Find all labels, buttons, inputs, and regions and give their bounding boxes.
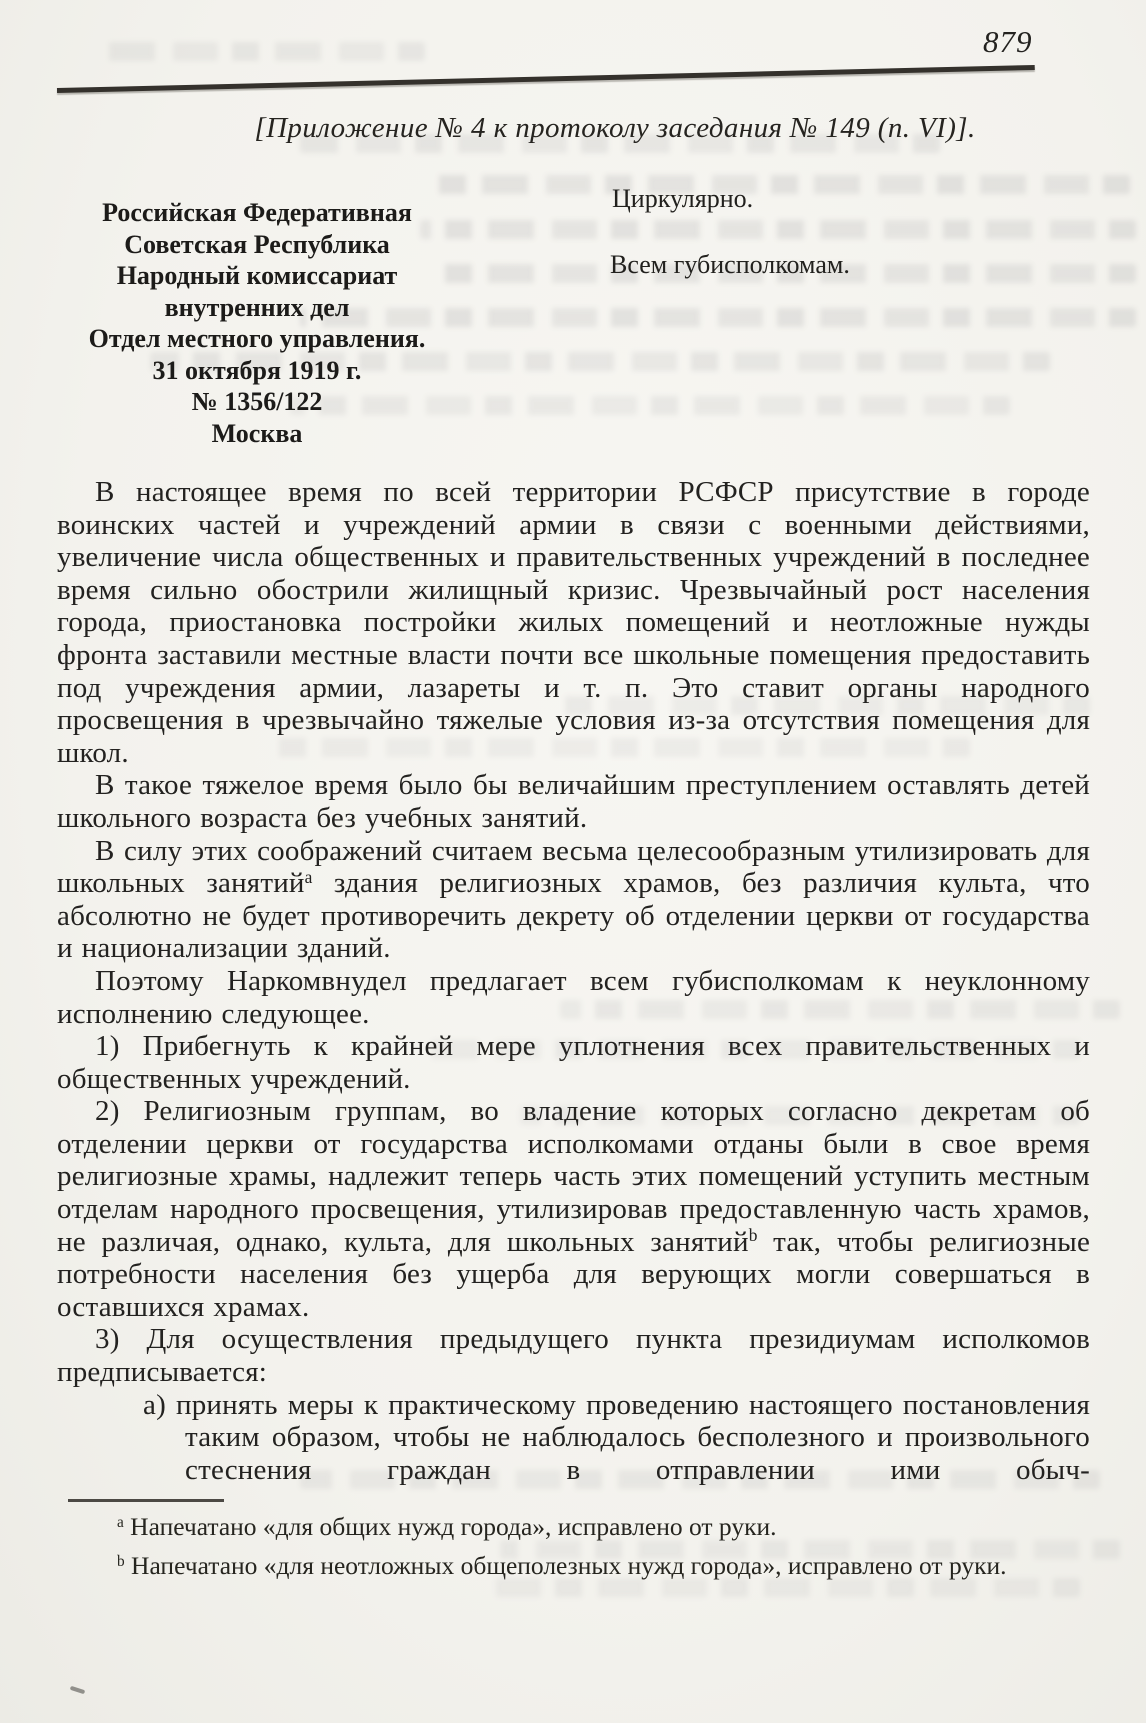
body-paragraph: В силу этих соображений считаем весьма ц… [57, 835, 1090, 965]
document-body: В настоящее время по всей территории РСФ… [57, 476, 1090, 1486]
footnote: b Напечатано «для неотложных общеполезны… [57, 1549, 1097, 1583]
scanned-document-page: 879 [Приложение № 4 к протоколу заседани… [0, 0, 1146, 1723]
letterhead-line: Народный комиссариат [87, 260, 427, 292]
footnote: а Напечатано «для общих нужд города», ис… [57, 1510, 1097, 1544]
document-heading: [Приложение № 4 к протоколу заседания № … [170, 112, 1060, 145]
footnote-marker: а [117, 1514, 124, 1531]
letterhead-block: Российская ФедеративнаяСоветская Республ… [87, 197, 427, 449]
circular-label: Циркулярно. [612, 184, 753, 214]
footnote-rule [68, 1499, 224, 1502]
letterhead-line: Российская Федеративная [87, 197, 427, 229]
body-paragraph: а) принять меры к практическому проведен… [57, 1389, 1090, 1487]
header-rule [57, 65, 1035, 93]
body-paragraph: 3) Для осуществления предыдущего пункта … [57, 1323, 1090, 1388]
body-paragraph: Поэтому Наркомвнудел предлагает всем губ… [57, 965, 1090, 1030]
scan-stain [70, 1686, 86, 1694]
footnote-marker: b [749, 1225, 758, 1245]
letterhead-line: Москва [87, 418, 427, 450]
footnotes-block: а Напечатано «для общих нужд города», ис… [57, 1510, 1097, 1588]
letterhead-line: 31 октября 1919 г. [87, 355, 427, 387]
body-paragraph: В такое тяжелое время было бы величайшим… [57, 769, 1090, 834]
letterhead-line: внутренних дел [87, 292, 427, 324]
bleed-through-artifact [420, 220, 1136, 239]
letterhead-line: Советская Республика [87, 229, 427, 261]
footnote-marker: а [305, 867, 313, 887]
body-paragraph: 2) Религиозным группам, во владение кото… [57, 1095, 1090, 1323]
addressee-label: Всем губисполкомам. [610, 250, 850, 280]
body-paragraph: В настоящее время по всей территории РСФ… [57, 476, 1090, 769]
bleed-through-artifact [95, 42, 425, 61]
letterhead-line: Отдел местного управления. [87, 323, 427, 355]
bleed-through-artifact [430, 175, 1130, 194]
page-number: 879 [983, 24, 1033, 60]
letterhead-line: № 1356/122 [87, 386, 427, 418]
footnote-marker: b [117, 1553, 125, 1570]
body-paragraph: 1) Прибегнуть к крайней мере уплотнения … [57, 1030, 1090, 1095]
